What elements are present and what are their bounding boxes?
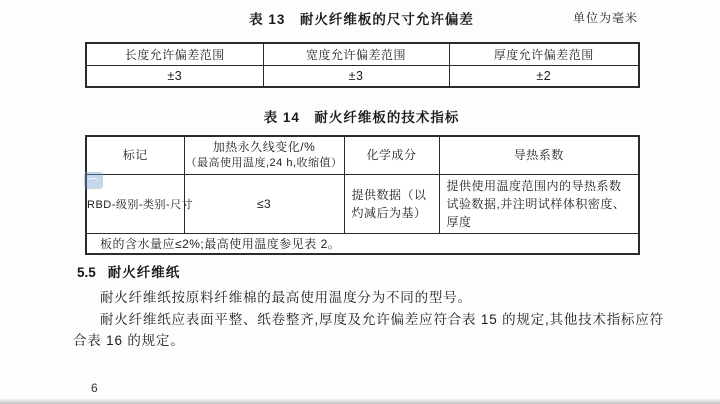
table13-header-width: 宽度允许偏差范围 — [263, 43, 449, 65]
table13-value-width: ±3 — [263, 65, 449, 87]
table14-header-thermal: 导热系数 — [439, 136, 639, 174]
table13-header-thickness: 厚度允许偏差范围 — [449, 43, 639, 65]
document-page: 表 13 耐火纤维板的尺寸允许偏差 单位为毫米 长度允许偏差范围 宽度允许偏差范… — [0, 0, 720, 404]
paragraph-fiber-paper-requirements: 耐火纤维纸应表面平整、纸卷整齐,厚度及允许偏差应符合表 15 的规定,其他技术指… — [73, 309, 670, 351]
table13-title: 表 13 耐火纤维板的尺寸允许偏差 — [249, 12, 474, 27]
scan-shadow — [0, 398, 720, 404]
heat-change-line2: （最高使用温度,24 h,收缩值） — [185, 155, 344, 171]
unit-label: 单位为毫米 — [573, 9, 638, 26]
paragraph-fiber-paper-types: 耐火纤维纸按原料纤维棉的最高使用温度分为不同的型号。 — [73, 287, 670, 308]
table13-value-row: ±3 ±3 ±2 — [86, 65, 639, 87]
table14-header-row: 标记 加热永久线变化/% （最高使用温度,24 h,收缩值） 化学成分 导热系数 — [86, 136, 639, 174]
table14-header-mark: 标记 — [86, 136, 184, 174]
table13-value-length: ±3 — [86, 65, 263, 87]
table14-footnote: 板的含水量应≤2%;最高使用温度参见表 2。 — [86, 233, 639, 254]
section-5-5-heading: 5.5耐火纤维纸 — [77, 261, 180, 281]
table14-cell-chemical: 提供数据（以灼减后为基） — [344, 174, 439, 233]
table14-caption-row: 表 14 耐火纤维板的技术指标 — [85, 106, 638, 127]
table13-header-length: 长度允许偏差范围 — [86, 43, 263, 65]
watermark-stamp — [84, 172, 103, 189]
table14-title: 表 14 耐火纤维板的技术指标 — [264, 110, 460, 125]
section-title: 耐火纤维纸 — [108, 265, 181, 280]
table14-footnote-row: 板的含水量应≤2%;最高使用温度参见表 2。 — [86, 233, 639, 254]
heat-change-line1: 加热永久线变化/% — [185, 139, 344, 155]
table14-header-chemical: 化学成分 — [344, 136, 439, 174]
table13: 长度允许偏差范围 宽度允许偏差范围 厚度允许偏差范围 ±3 ±3 ±2 — [85, 42, 640, 88]
table14-header-heat-change: 加热永久线变化/% （最高使用温度,24 h,收缩值） — [184, 136, 344, 174]
table13-caption-row: 表 13 耐火纤维板的尺寸允许偏差 单位为毫米 — [85, 8, 638, 29]
table14-data-row: RBD-级别-类别-尺寸 ≤3 提供数据（以灼减后为基） 提供使用温度范围内的导… — [86, 174, 639, 233]
table13-header-row: 长度允许偏差范围 宽度允许偏差范围 厚度允许偏差范围 — [86, 43, 639, 65]
table14-cell-heat: ≤3 — [184, 174, 344, 233]
section-number: 5.5 — [77, 265, 96, 280]
table14: 标记 加热永久线变化/% （最高使用温度,24 h,收缩值） 化学成分 导热系数… — [85, 135, 640, 255]
table14-cell-thermal: 提供使用温度范围内的导热系数试验数据,并注明试样体积密度、厚度 — [439, 174, 639, 233]
table13-value-thickness: ±2 — [449, 65, 639, 87]
page-number: 6 — [91, 381, 98, 395]
